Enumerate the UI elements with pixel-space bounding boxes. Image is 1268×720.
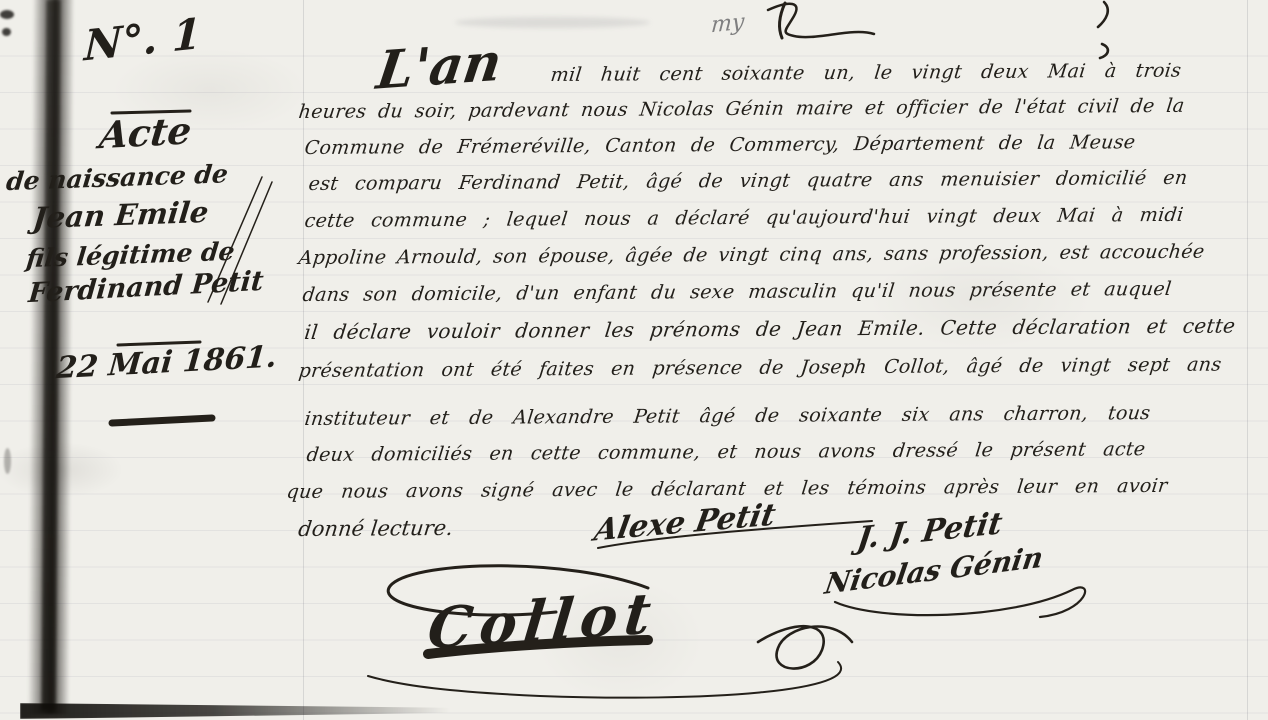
pencil-note: my	[710, 9, 745, 40]
opening-word: L'an	[373, 29, 506, 103]
edge-ink-spot	[2, 28, 11, 36]
body-line: donné lecture.	[297, 515, 454, 542]
child-name: Jean Emile	[31, 194, 210, 237]
act-title: Acte	[97, 107, 194, 158]
edge-smudge	[4, 448, 11, 474]
body-line: mil huit cent soixante un, le vingt deux…	[549, 60, 1182, 88]
edge-ink-spot	[0, 10, 14, 19]
pencil-smudge	[455, 17, 650, 28]
register-page: N°. 1 Acte de naissance de Jean Emile fi…	[0, 0, 1268, 720]
